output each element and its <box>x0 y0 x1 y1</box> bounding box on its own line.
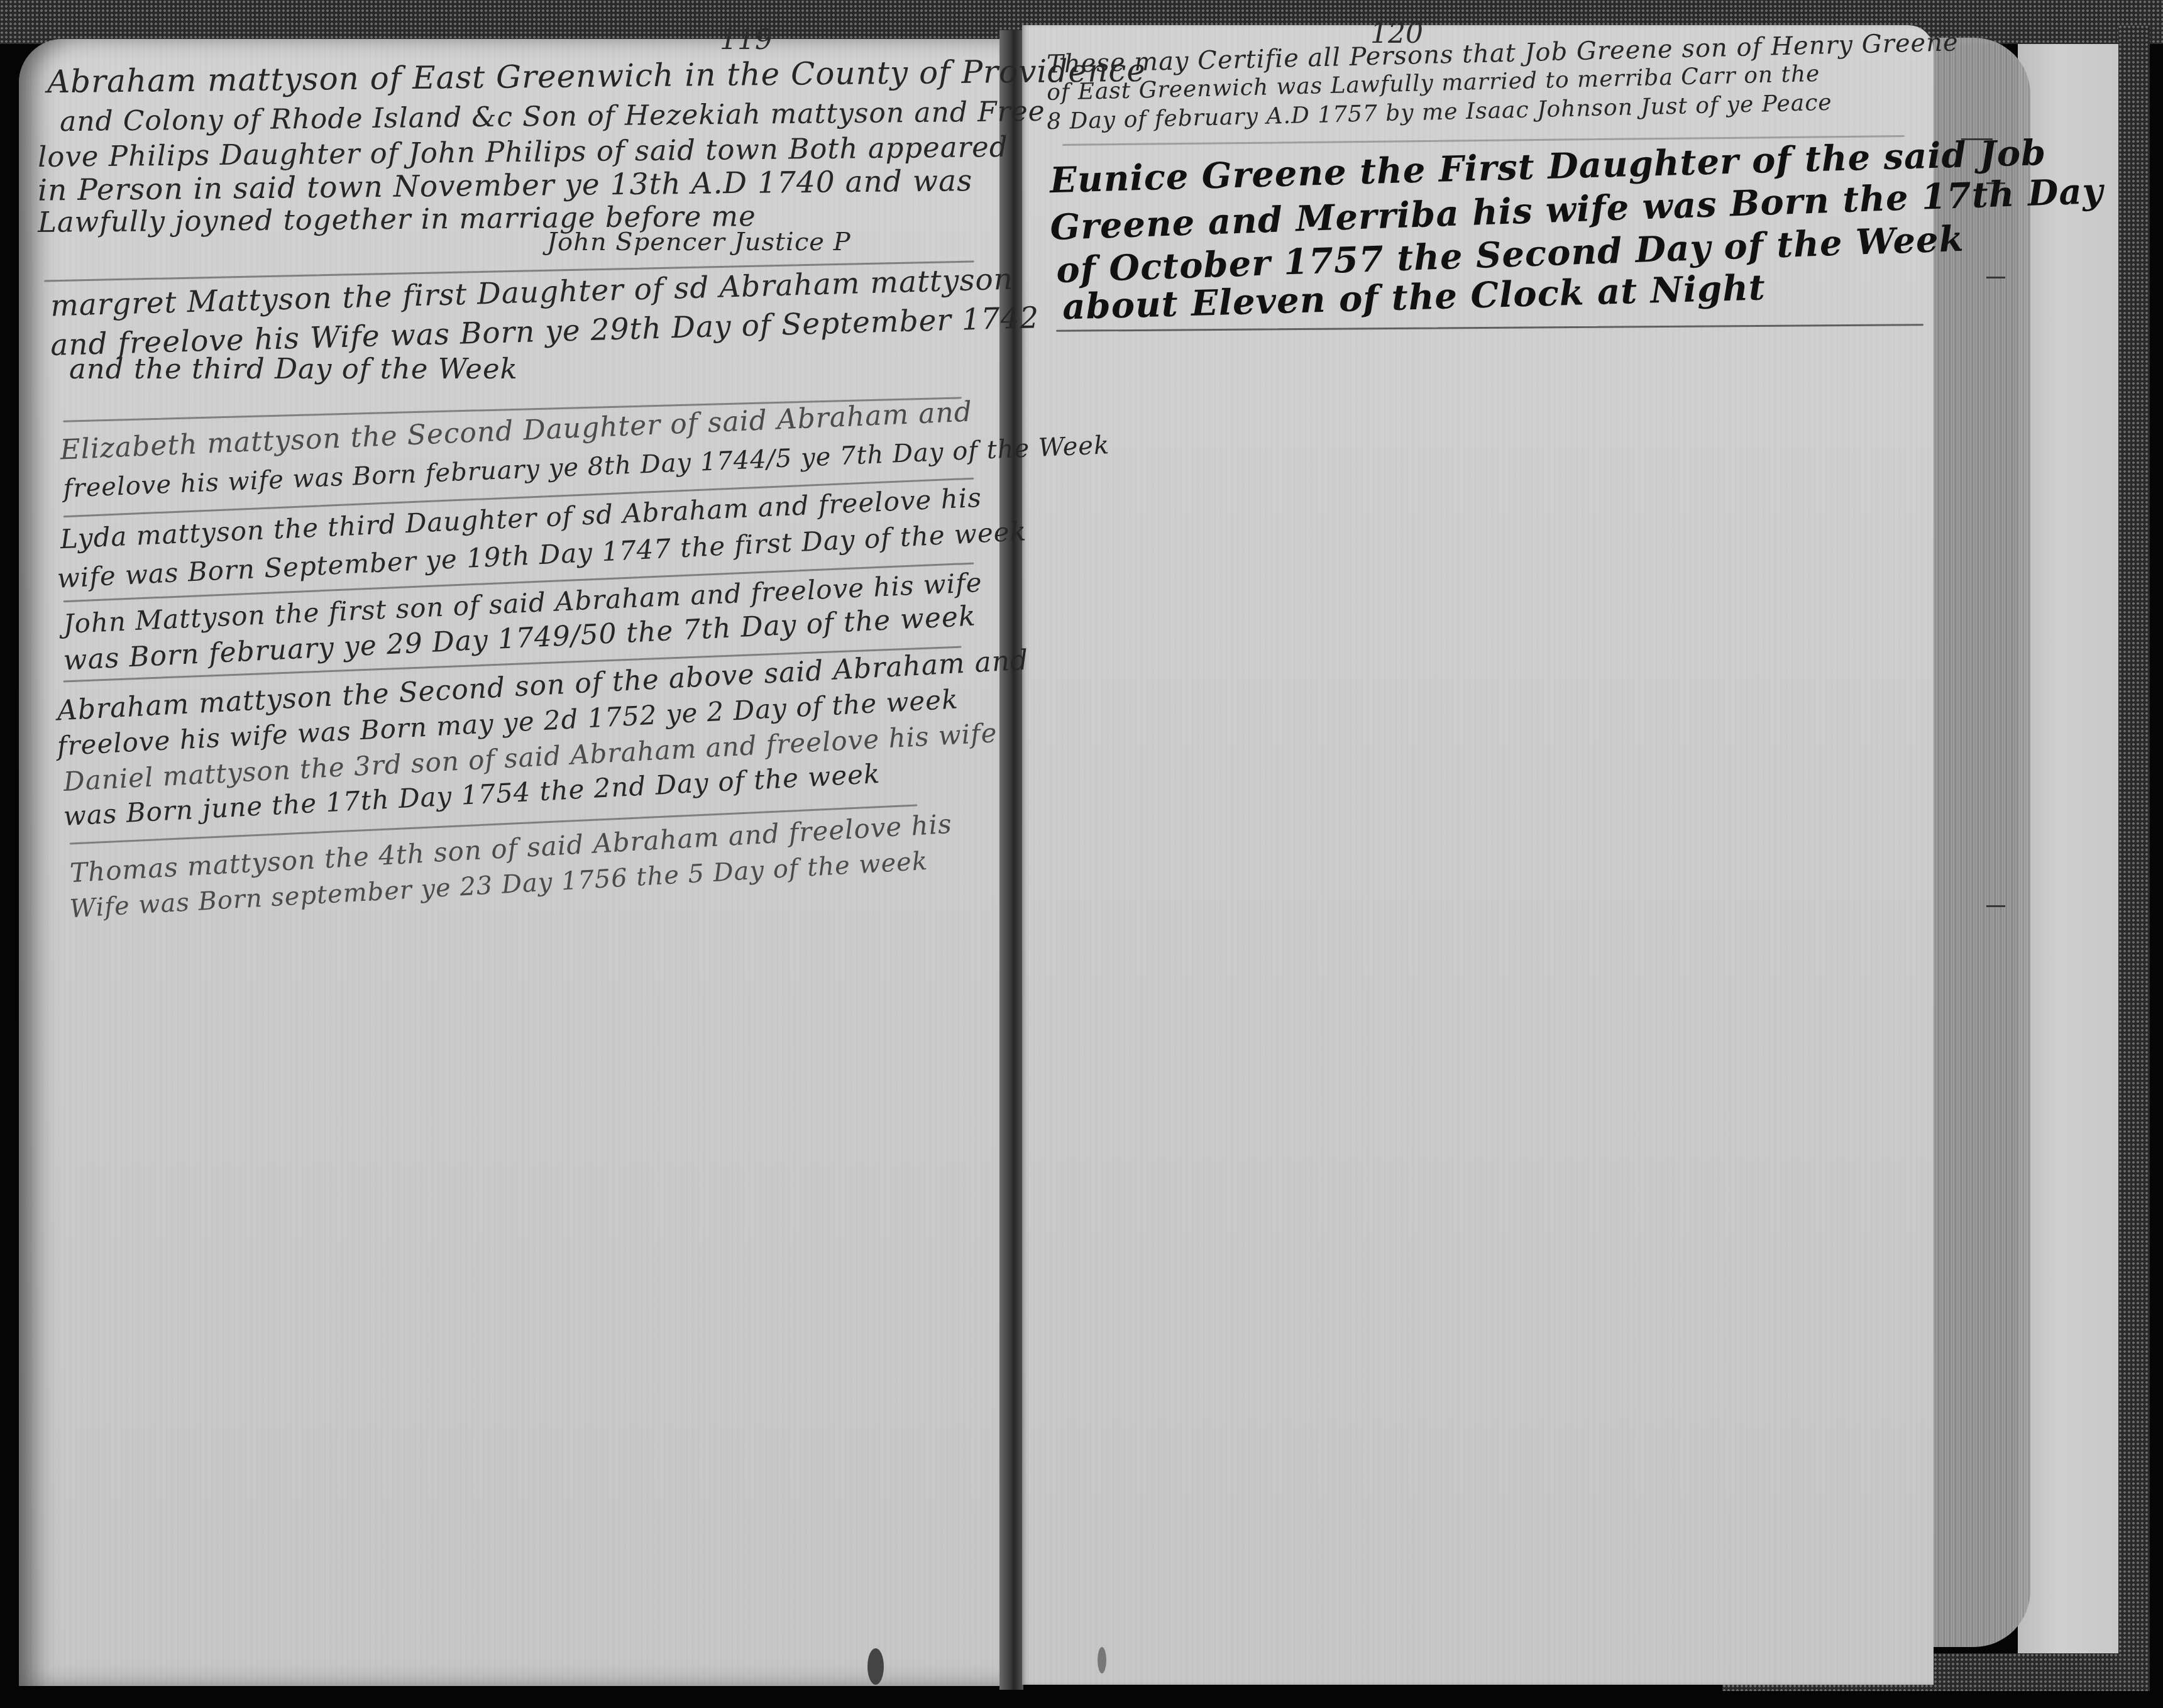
entry-line: and the third Day of the Week <box>69 352 518 385</box>
justice-signature: John Spencer Justice P <box>547 228 851 256</box>
book-cover-right-edge <box>2118 25 2150 1685</box>
page-number-left: 119 <box>720 24 773 56</box>
stack-tab-mark <box>1986 277 2005 278</box>
ink-blot <box>867 1648 884 1685</box>
inner-cover-board <box>2018 44 2121 1653</box>
ink-blot <box>1098 1647 1106 1673</box>
page-stack-edge <box>1924 38 2030 1647</box>
stack-tab-mark <box>1986 905 2005 907</box>
